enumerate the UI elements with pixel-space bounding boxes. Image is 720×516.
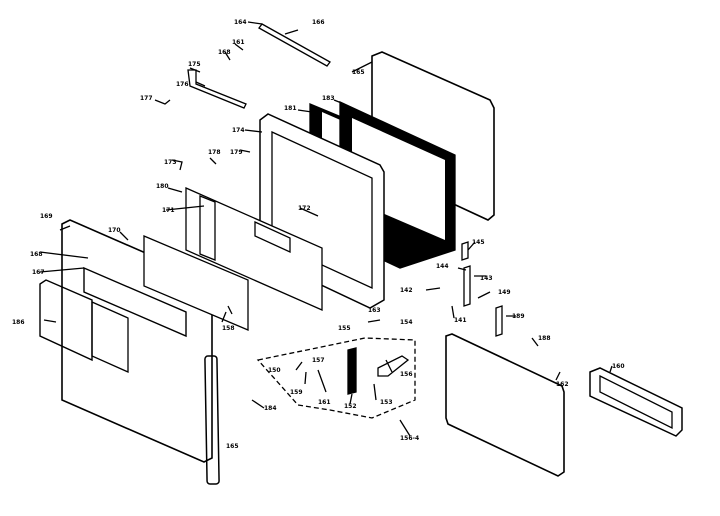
- callout: 188: [538, 335, 551, 342]
- parts-diagram: 164 166 161 168 175 176 177 165 181 183 …: [0, 0, 720, 516]
- callout: 174: [232, 127, 245, 134]
- callout: 161: [232, 39, 245, 46]
- callout: 171: [162, 207, 175, 214]
- callout: 165: [352, 69, 365, 76]
- callout: 163: [368, 307, 381, 314]
- callout: 162: [556, 381, 569, 388]
- callout: 158: [222, 325, 235, 332]
- callout: 175: [188, 61, 201, 68]
- callout: 166: [312, 19, 325, 26]
- callout: 143: [480, 275, 493, 282]
- callout: 150: [268, 367, 281, 374]
- hinge-145: [462, 242, 468, 260]
- callout: 189: [512, 313, 525, 320]
- callout: 157: [312, 357, 325, 364]
- callout: 154: [400, 319, 413, 326]
- callout: 184: [264, 405, 277, 412]
- callout: 170: [108, 227, 121, 234]
- callout: 156-4: [400, 435, 419, 442]
- callout: 141: [454, 317, 467, 324]
- callout: 179: [230, 149, 243, 156]
- callout: 156: [400, 371, 413, 378]
- callout: 186: [12, 319, 25, 326]
- callout: 176: [176, 81, 189, 88]
- callout: 180: [156, 183, 169, 190]
- callout: 168: [30, 251, 43, 258]
- callout: 144: [436, 263, 449, 270]
- top-trim: [259, 24, 330, 66]
- callout: 167: [32, 269, 45, 276]
- drawer-glass: [446, 334, 564, 476]
- callout: 159: [290, 389, 303, 396]
- callout: 153: [380, 399, 393, 406]
- callout: 149: [498, 289, 511, 296]
- callout: 160: [612, 363, 625, 370]
- callout: 155: [338, 325, 351, 332]
- diagram-drawing: 164 166 161 168 175 176 177 165 181 183 …: [0, 0, 720, 516]
- callout: 165: [226, 443, 239, 450]
- callout: 177: [140, 95, 153, 102]
- callout: 168: [218, 49, 231, 56]
- callout: 145: [472, 239, 485, 246]
- bracket: [188, 70, 246, 108]
- kit-bracket: [348, 348, 356, 394]
- callout: 161: [318, 399, 331, 406]
- callout: 164: [234, 19, 247, 26]
- callout: 173: [164, 159, 177, 166]
- hardware-kit-outline: [258, 338, 415, 418]
- callout: 142: [400, 287, 413, 294]
- callout: 152: [344, 403, 357, 410]
- callout: 181: [284, 105, 297, 112]
- callout: 178: [208, 149, 221, 156]
- hinge-149: [496, 306, 502, 336]
- callout: 172: [298, 205, 311, 212]
- callout: 169: [40, 213, 53, 220]
- callout: 183: [322, 95, 335, 102]
- hinge-143: [464, 266, 470, 306]
